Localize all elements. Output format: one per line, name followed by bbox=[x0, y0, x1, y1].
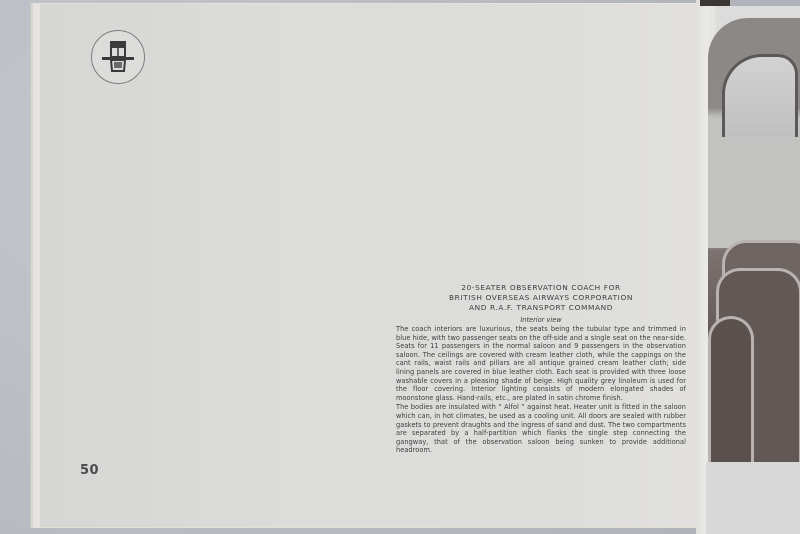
photo-seat bbox=[708, 316, 754, 466]
caption-title: 20-SEATER OBSERVATION COACH FOR BRITISH … bbox=[396, 283, 686, 313]
caption-title-line: BRITISH OVERSEAS AIRWAYS CORPORATION bbox=[396, 293, 686, 303]
sedan-chair-emblem-icon bbox=[91, 30, 145, 84]
photo-window bbox=[722, 54, 798, 137]
caption-title-line: 20-SEATER OBSERVATION COACH FOR bbox=[396, 283, 686, 293]
photo-partition-wall bbox=[708, 118, 800, 248]
photo-page-margin bbox=[706, 462, 800, 534]
page-number: 50 bbox=[80, 463, 99, 478]
caption-subtitle: Interior view bbox=[396, 316, 686, 325]
caption-title-line: AND R.A.F. TRANSPORT COMMAND bbox=[396, 303, 686, 313]
photo-caption: 20-SEATER OBSERVATION COACH FOR BRITISH … bbox=[396, 283, 686, 455]
coach-interior-photograph bbox=[708, 18, 800, 466]
caption-paragraph: The coach interiors are luxurious, the s… bbox=[396, 325, 686, 402]
caption-paragraph: The bodies are insulated with “ Alfol ” … bbox=[396, 403, 686, 455]
